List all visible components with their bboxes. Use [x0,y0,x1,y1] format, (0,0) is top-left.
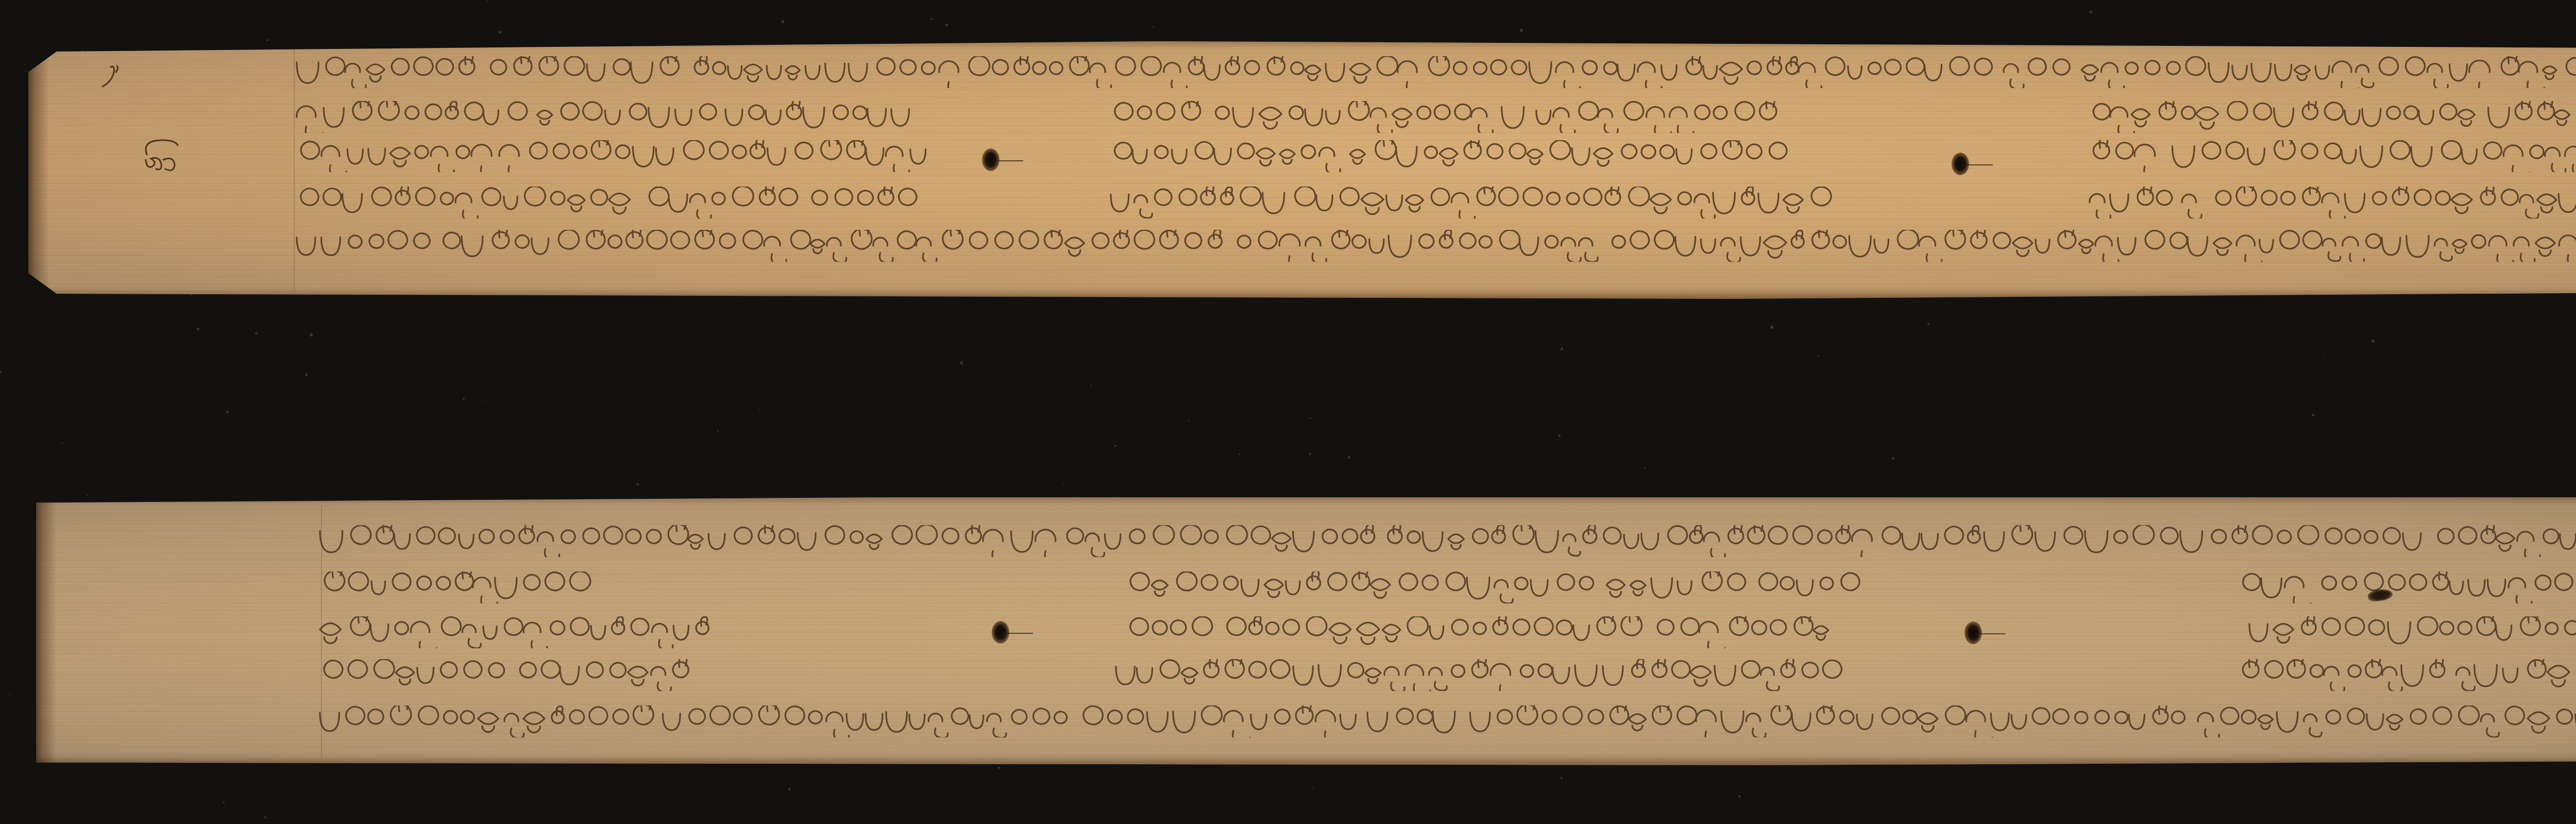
manuscript-text-line [2087,101,2576,133]
manuscript-text-line [1123,571,1875,603]
background-dust-speck [2090,11,2092,13]
background-dust-speck [223,801,225,803]
background-dust-speck [482,399,483,400]
background-dust-speck [498,31,501,33]
background-dust-speck [197,328,199,330]
background-dust-speck [788,788,791,791]
background-dust-speck [1439,378,1440,379]
background-dust-speck [945,24,948,26]
background-dust-speck [782,20,785,23]
background-dust-speck [9,694,10,695]
manuscript-text-line [1113,659,1855,691]
background-dust-speck [264,816,266,818]
background-dust-speck [1520,29,1523,32]
manuscript-text-line [1123,616,1844,648]
string-hole [1964,621,1982,644]
background-dust-speck [1348,456,1350,459]
background-dust-speck [62,443,63,444]
background-dust-speck [1188,420,1190,422]
string-hole [1952,153,1969,175]
manuscript-text-line [317,659,690,691]
background-dust-speck [1309,453,1311,455]
manuscript-text-line [1108,140,1803,172]
background-dust-speck [463,398,465,400]
background-dust-speck [2234,372,2235,373]
string-hole [992,621,1009,644]
background-dust-speck [0,371,2,373]
manuscript-text-line [294,101,927,133]
background-dust-speck [998,767,1001,769]
background-dust-speck [305,374,308,376]
manuscript-text-line [317,616,711,648]
background-dust-speck [1239,453,1240,455]
background-dust-speck [717,430,719,432]
background-dust-speck [2312,414,2314,416]
background-dust-speck [1313,787,1314,788]
background-dust-speck [759,409,760,410]
background-dust-speck [1561,347,1564,350]
manuscript-text-line [2087,187,2576,218]
manuscript-text-line [317,525,2576,557]
background-dust-speck [1090,385,1091,386]
background-dust-speck [1413,342,1414,343]
background-dust-speck [1063,483,1064,484]
manuscript-text-line [2087,140,2576,172]
foliation-mark-icon [131,129,188,175]
foliation-mark-icon [90,62,147,108]
background-dust-speck [1561,777,1563,779]
background-dust-speck [310,333,313,337]
background-dust-speck [2323,354,2324,355]
background-dust-speck [1558,434,1561,437]
background-dust-speck [255,332,257,334]
background-dust-speck [1892,457,1894,460]
background-dust-speck [1738,795,1741,798]
background-dust-speck [902,357,903,358]
manuscript-text-line [294,230,2576,262]
manuscript-text-line [294,140,927,172]
background-dust-speck [486,1,488,2]
background-dust-speck [1153,26,1154,28]
manuscript-text-line [2236,659,2576,691]
background-dust-speck [960,361,963,364]
background-dust-speck [87,495,89,496]
manuscript-text-line [1108,101,1788,133]
background-dust-speck [1818,356,1819,357]
background-dust-speck [1644,467,1646,469]
background-dust-speck [1927,323,1929,325]
background-dust-speck [930,18,933,20]
background-dust-speck [1114,445,1116,447]
background-dust-speck [266,39,268,41]
manuscript-text-line [1108,187,1834,218]
manuscript-text-line [294,187,927,218]
background-dust-speck [1770,326,1773,329]
manuscript-text-line [294,56,2576,88]
manuscript-text-line [317,571,598,603]
background-dust-speck [2371,340,2375,343]
background-dust-speck [636,483,638,485]
background-dust-speck [226,411,229,413]
background-dust-speck [1310,417,1311,419]
string-hole [982,148,999,171]
manuscript-text-line [2236,571,2576,603]
manuscript-text-line [2246,616,2576,648]
manuscript-text-line [317,705,2576,737]
